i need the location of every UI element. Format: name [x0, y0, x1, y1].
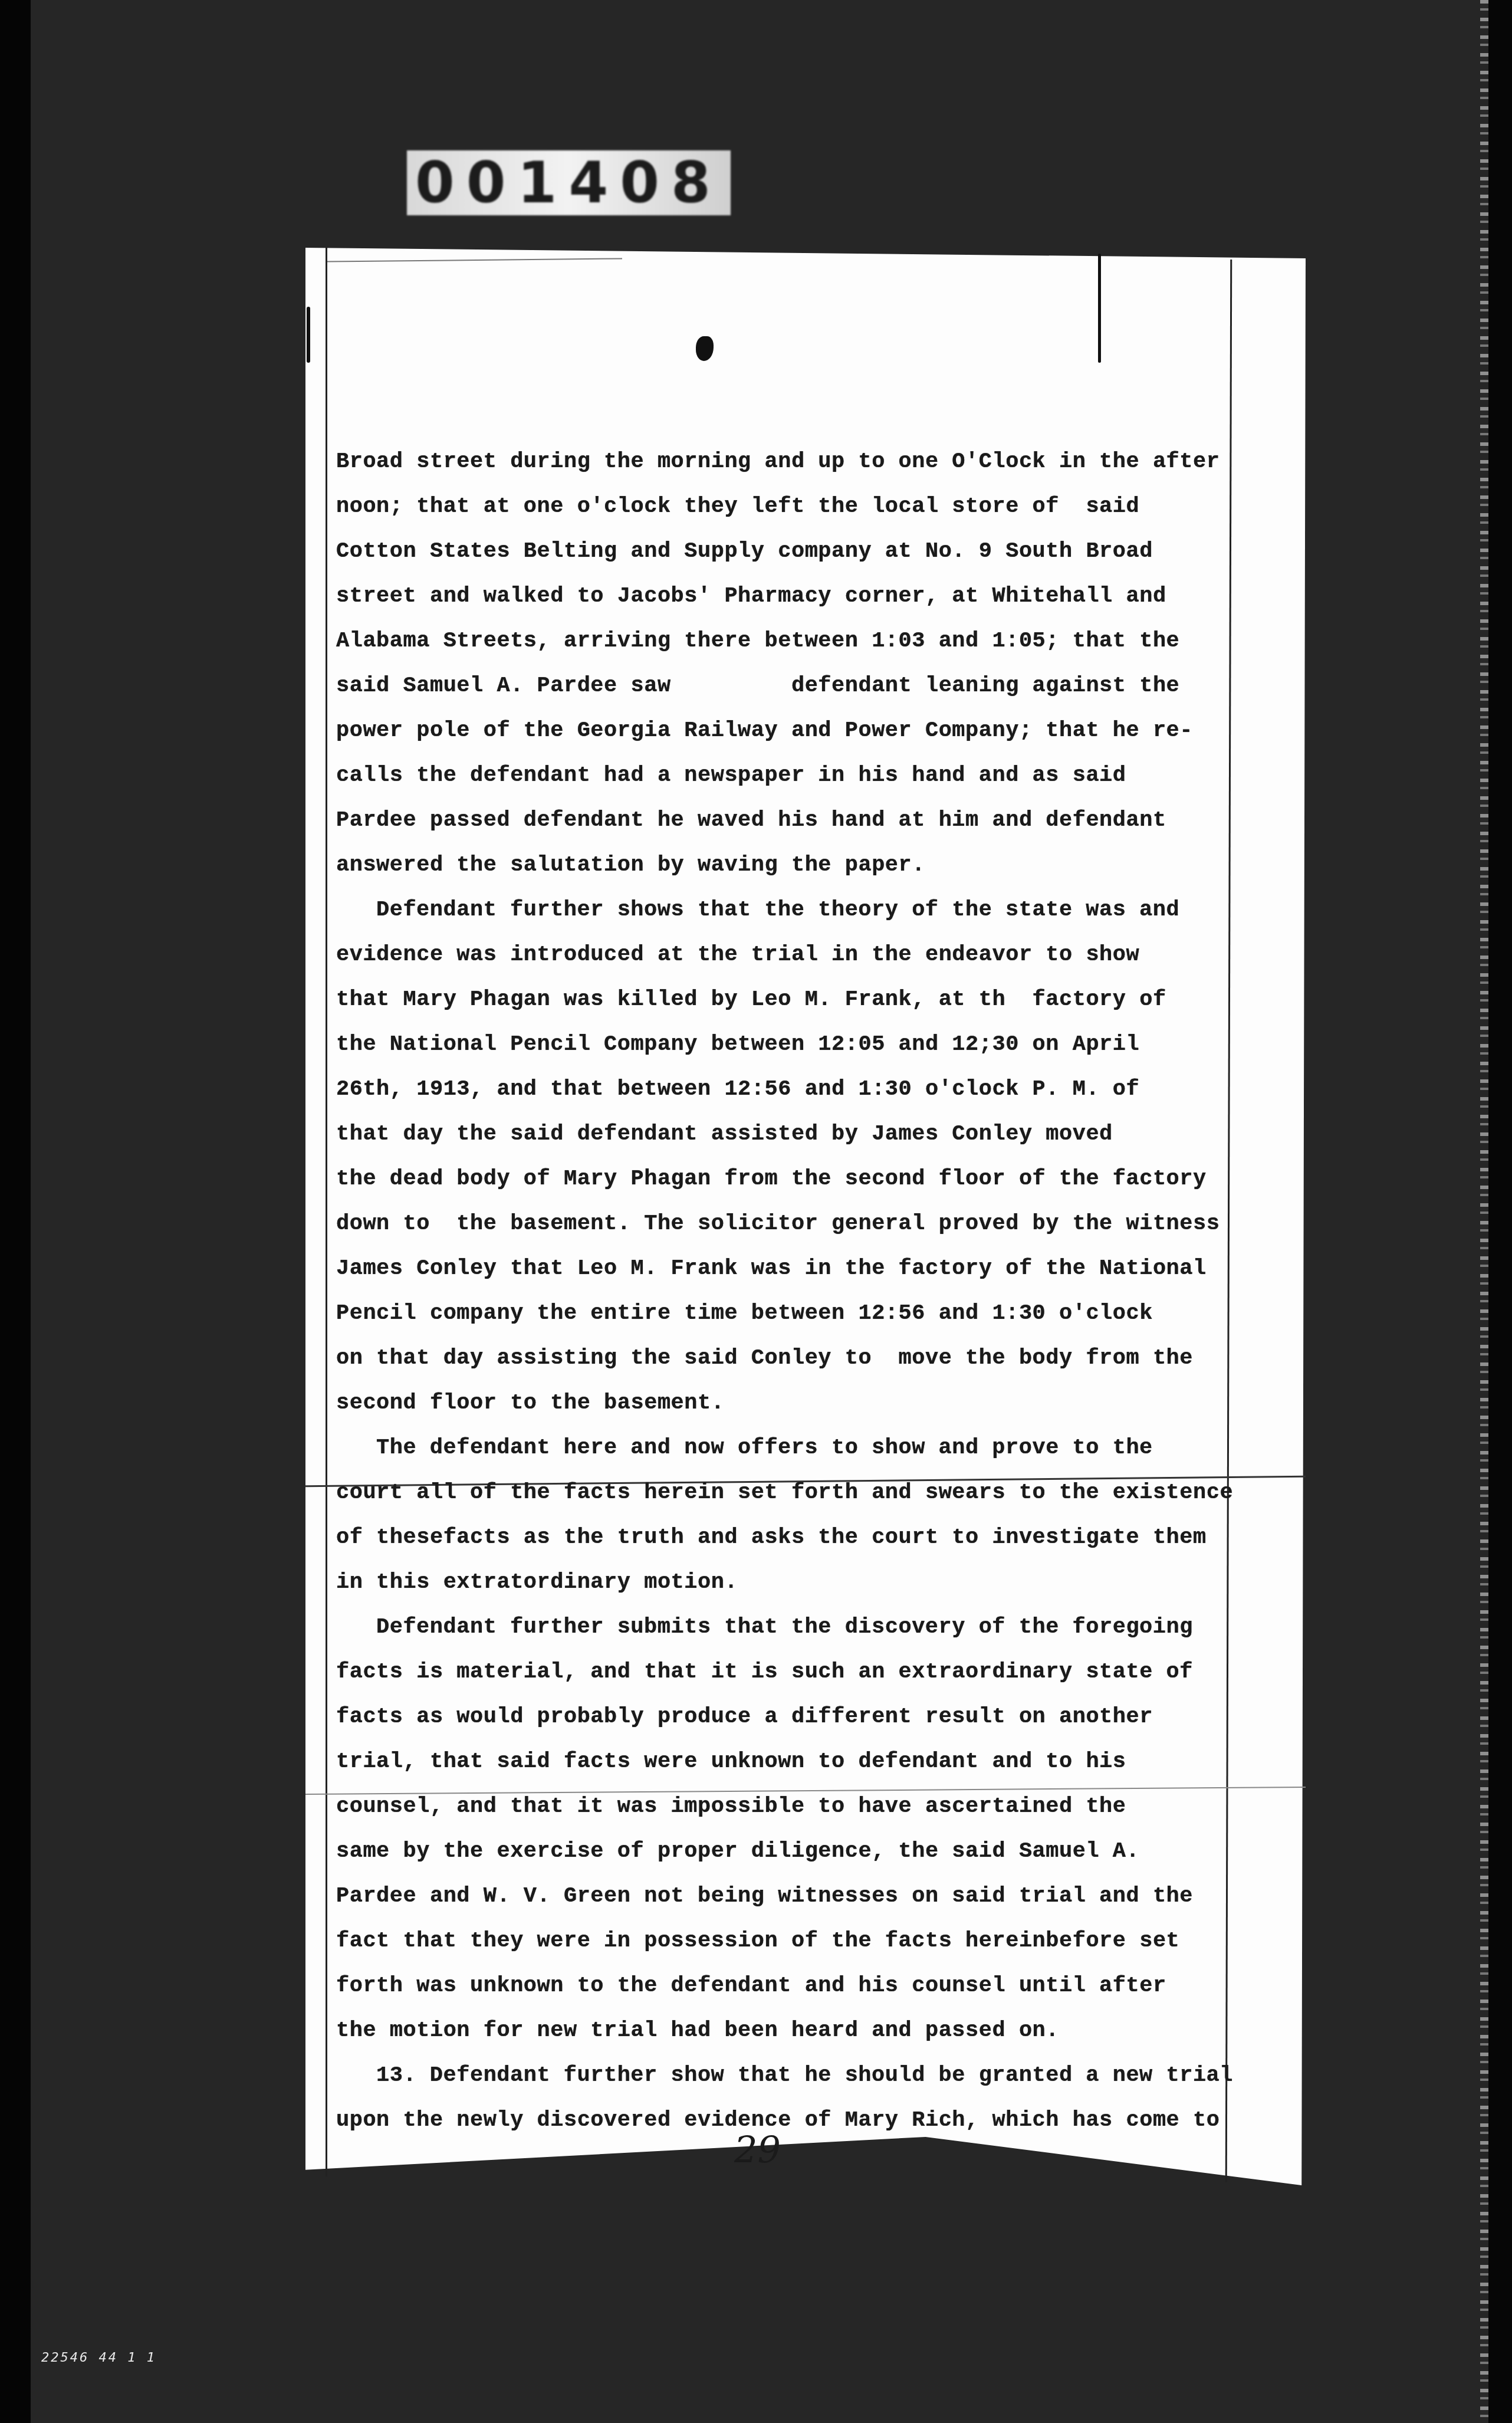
film-frame-edge-right [1488, 0, 1512, 2423]
film-frame-edge-left [0, 0, 31, 2423]
text-line: Alabama Streets, arriving there between … [336, 619, 1256, 664]
text-line: counsel, and that it was impossible to h… [336, 1784, 1256, 1829]
text-line: second floor to the basement. [336, 1381, 1256, 1426]
text-line: Defendant further shows that the theory … [336, 888, 1256, 933]
text-line: facts is material, and that it is such a… [336, 1650, 1256, 1695]
text-line: the motion for new trial had been heard … [336, 2008, 1256, 2053]
handwritten-page-number: 29 [734, 2128, 781, 2171]
text-line: trial, that said facts were unknown to d… [336, 1739, 1256, 1784]
text-line: of thesefacts as the truth and asks the … [336, 1515, 1256, 1560]
text-line: same by the exercise of proper diligence… [336, 1829, 1256, 1874]
text-line: forth was unknown to the defendant and h… [336, 1964, 1256, 2008]
film-code-label: 22546 44 1 1 [41, 2350, 156, 2365]
left-margin-rule [326, 248, 327, 2176]
text-line: Pencil company the entire time between 1… [336, 1291, 1256, 1336]
text-line: that day the said defendant assisted by … [336, 1112, 1256, 1157]
text-line: calls the defendant had a newspaper in h… [336, 753, 1256, 798]
typewritten-body: Broad street during the morning and up t… [336, 439, 1256, 2143]
text-line: down to the basement. The solicitor gene… [336, 1201, 1256, 1246]
text-line: Pardee and W. V. Green not being witness… [336, 1874, 1256, 1919]
margin-mark-left [307, 307, 310, 363]
text-line: the dead body of Mary Phagan from the se… [336, 1157, 1256, 1201]
text-line: evidence was introduced at the trial in … [336, 933, 1256, 977]
text-line: James Conley that Leo M. Frank was in th… [336, 1246, 1256, 1291]
film-sprocket-strip [1480, 0, 1488, 2423]
text-line: Cotton States Belting and Supply company… [336, 529, 1256, 574]
text-line: Defendant further submits that the disco… [336, 1605, 1256, 1650]
text-line: noon; that at one o'clock they left the … [336, 484, 1256, 529]
text-line: answered the salutation by waving the pa… [336, 843, 1256, 888]
text-line: facts as would probably produce a differ… [336, 1695, 1256, 1739]
margin-mark-right [1098, 254, 1101, 363]
text-line: court all of the facts herein set forth … [336, 1470, 1256, 1515]
text-line: the National Pencil Company between 12:0… [336, 1022, 1256, 1067]
text-line: in this extratordinary motion. [336, 1560, 1256, 1605]
text-line: The defendant here and now offers to sho… [336, 1426, 1256, 1470]
text-line: Broad street during the morning and up t… [336, 439, 1256, 484]
text-line: said Samuel A. Pardee saw defendant lean… [336, 664, 1256, 708]
text-line: Pardee passed defendant he waved his han… [336, 798, 1256, 843]
text-line: 26th, 1913, and that between 12:56 and 1… [336, 1067, 1256, 1112]
text-line: fact that they were in possession of the… [336, 1919, 1256, 1964]
text-line: upon the newly discovered evidence of Ma… [336, 2098, 1256, 2143]
text-line: on that day assisting the said Conley to… [336, 1336, 1256, 1381]
text-line: 13. Defendant further show that he shoul… [336, 2053, 1256, 2098]
frame-number-label: 001408 [407, 150, 731, 215]
text-line: street and walked to Jacobs' Pharmacy co… [336, 574, 1256, 619]
text-line: power pole of the Georgia Railway and Po… [336, 708, 1256, 753]
text-line: that Mary Phagan was killed by Leo M. Fr… [336, 977, 1256, 1022]
